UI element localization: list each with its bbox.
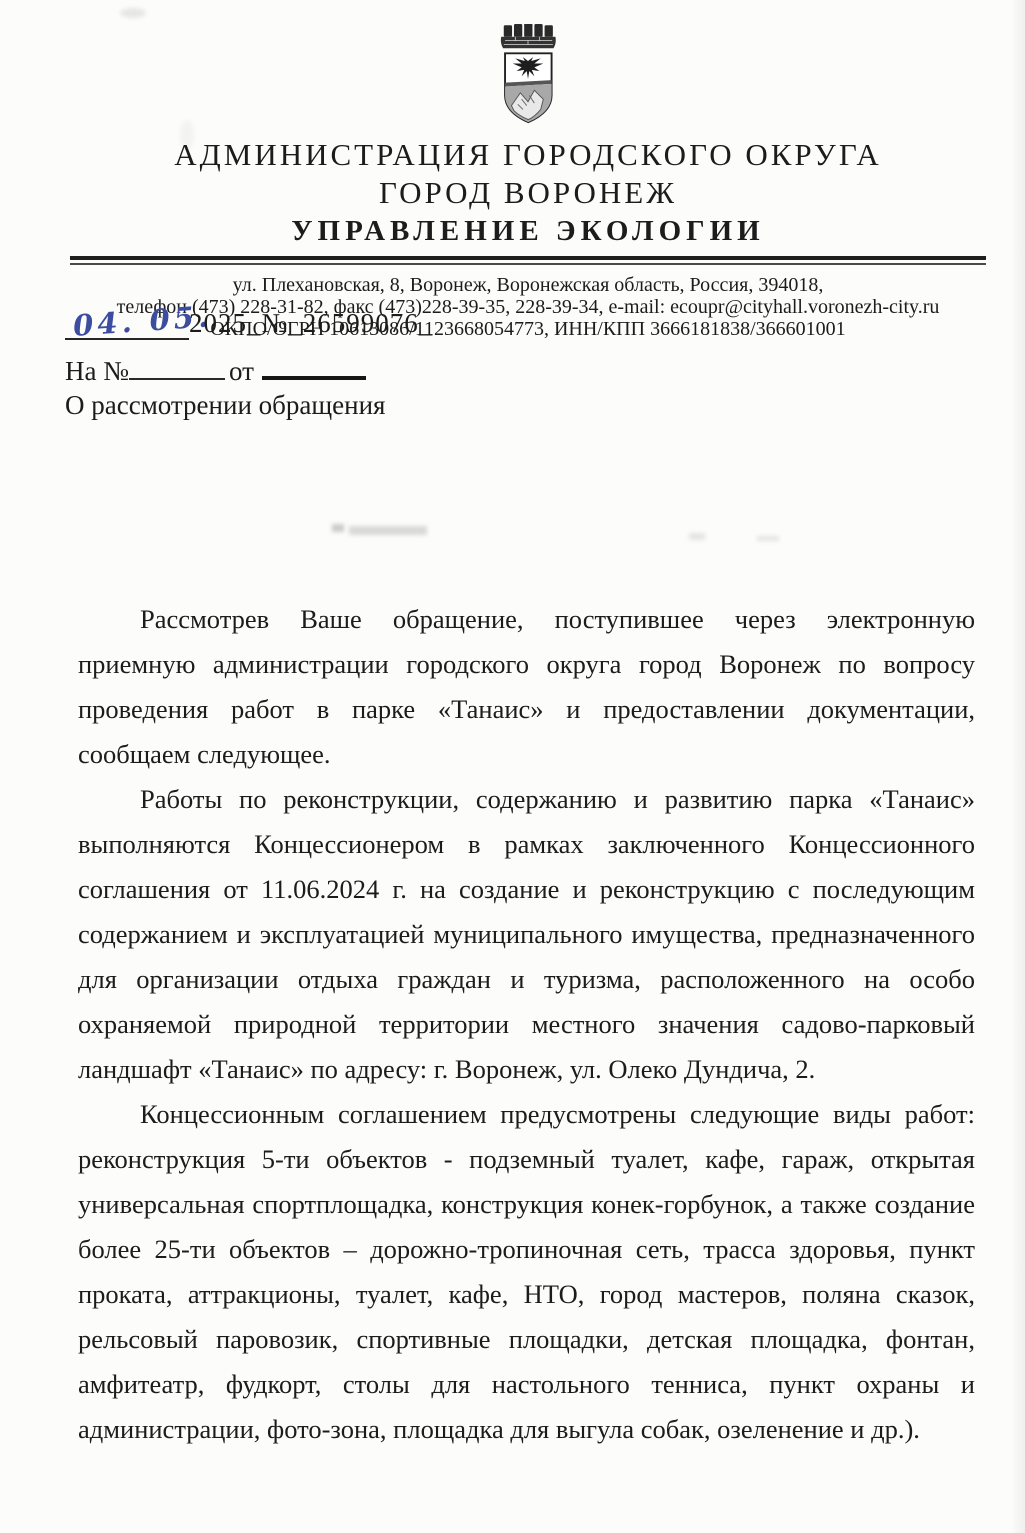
body-paragraph: Рассмотрев Ваше обращение, поступившее ч… [78,597,975,777]
document-page: АДМИНИСТРАЦИЯ ГОРОДСКОГО ОКРУГА ГОРОД ВО… [0,0,1025,1533]
emblem-wrap [70,24,986,126]
letter-subject: О рассмотрении обращения [65,390,385,421]
incoming-date-blank [262,352,366,380]
address-line: ул. Плехановская, 8, Воронеж, Воронежска… [70,275,986,296]
voronezh-coat-of-arms-icon [496,24,560,126]
outgoing-number: 2025_№_26599076_ [189,308,433,339]
letterhead: АДМИНИСТРАЦИЯ ГОРОДСКОГО ОКРУГА ГОРОД ВО… [70,0,986,340]
letter-body: Рассмотрев Ваше обращение, поступившее ч… [78,597,975,1452]
date-underline [65,338,189,340]
org-name-line2: ГОРОД ВОРОНЕЖ [70,174,986,212]
redaction-smudge [349,526,427,535]
body-paragraph: Работы по реконструкции, содержанию и ра… [78,777,975,1092]
reply-from-label: от [229,356,254,386]
org-name-line1: АДМИНИСТРАЦИЯ ГОРОДСКОГО ОКРУГА [70,136,986,174]
scan-edge-shadow [1011,0,1025,1533]
reply-prefix-label: На № [65,356,129,386]
department-name: УПРАВЛЕНИЕ ЭКОЛОГИИ [70,213,986,249]
redaction-smudge [689,533,705,540]
incoming-number-blank [129,352,225,380]
redaction-smudge [757,536,779,541]
letterhead-divider [70,256,986,265]
incoming-reference-line: На №от [65,352,366,387]
redaction-smudge [332,524,344,532]
body-paragraph: Концессионным соглашением предусмотрены … [78,1092,975,1452]
